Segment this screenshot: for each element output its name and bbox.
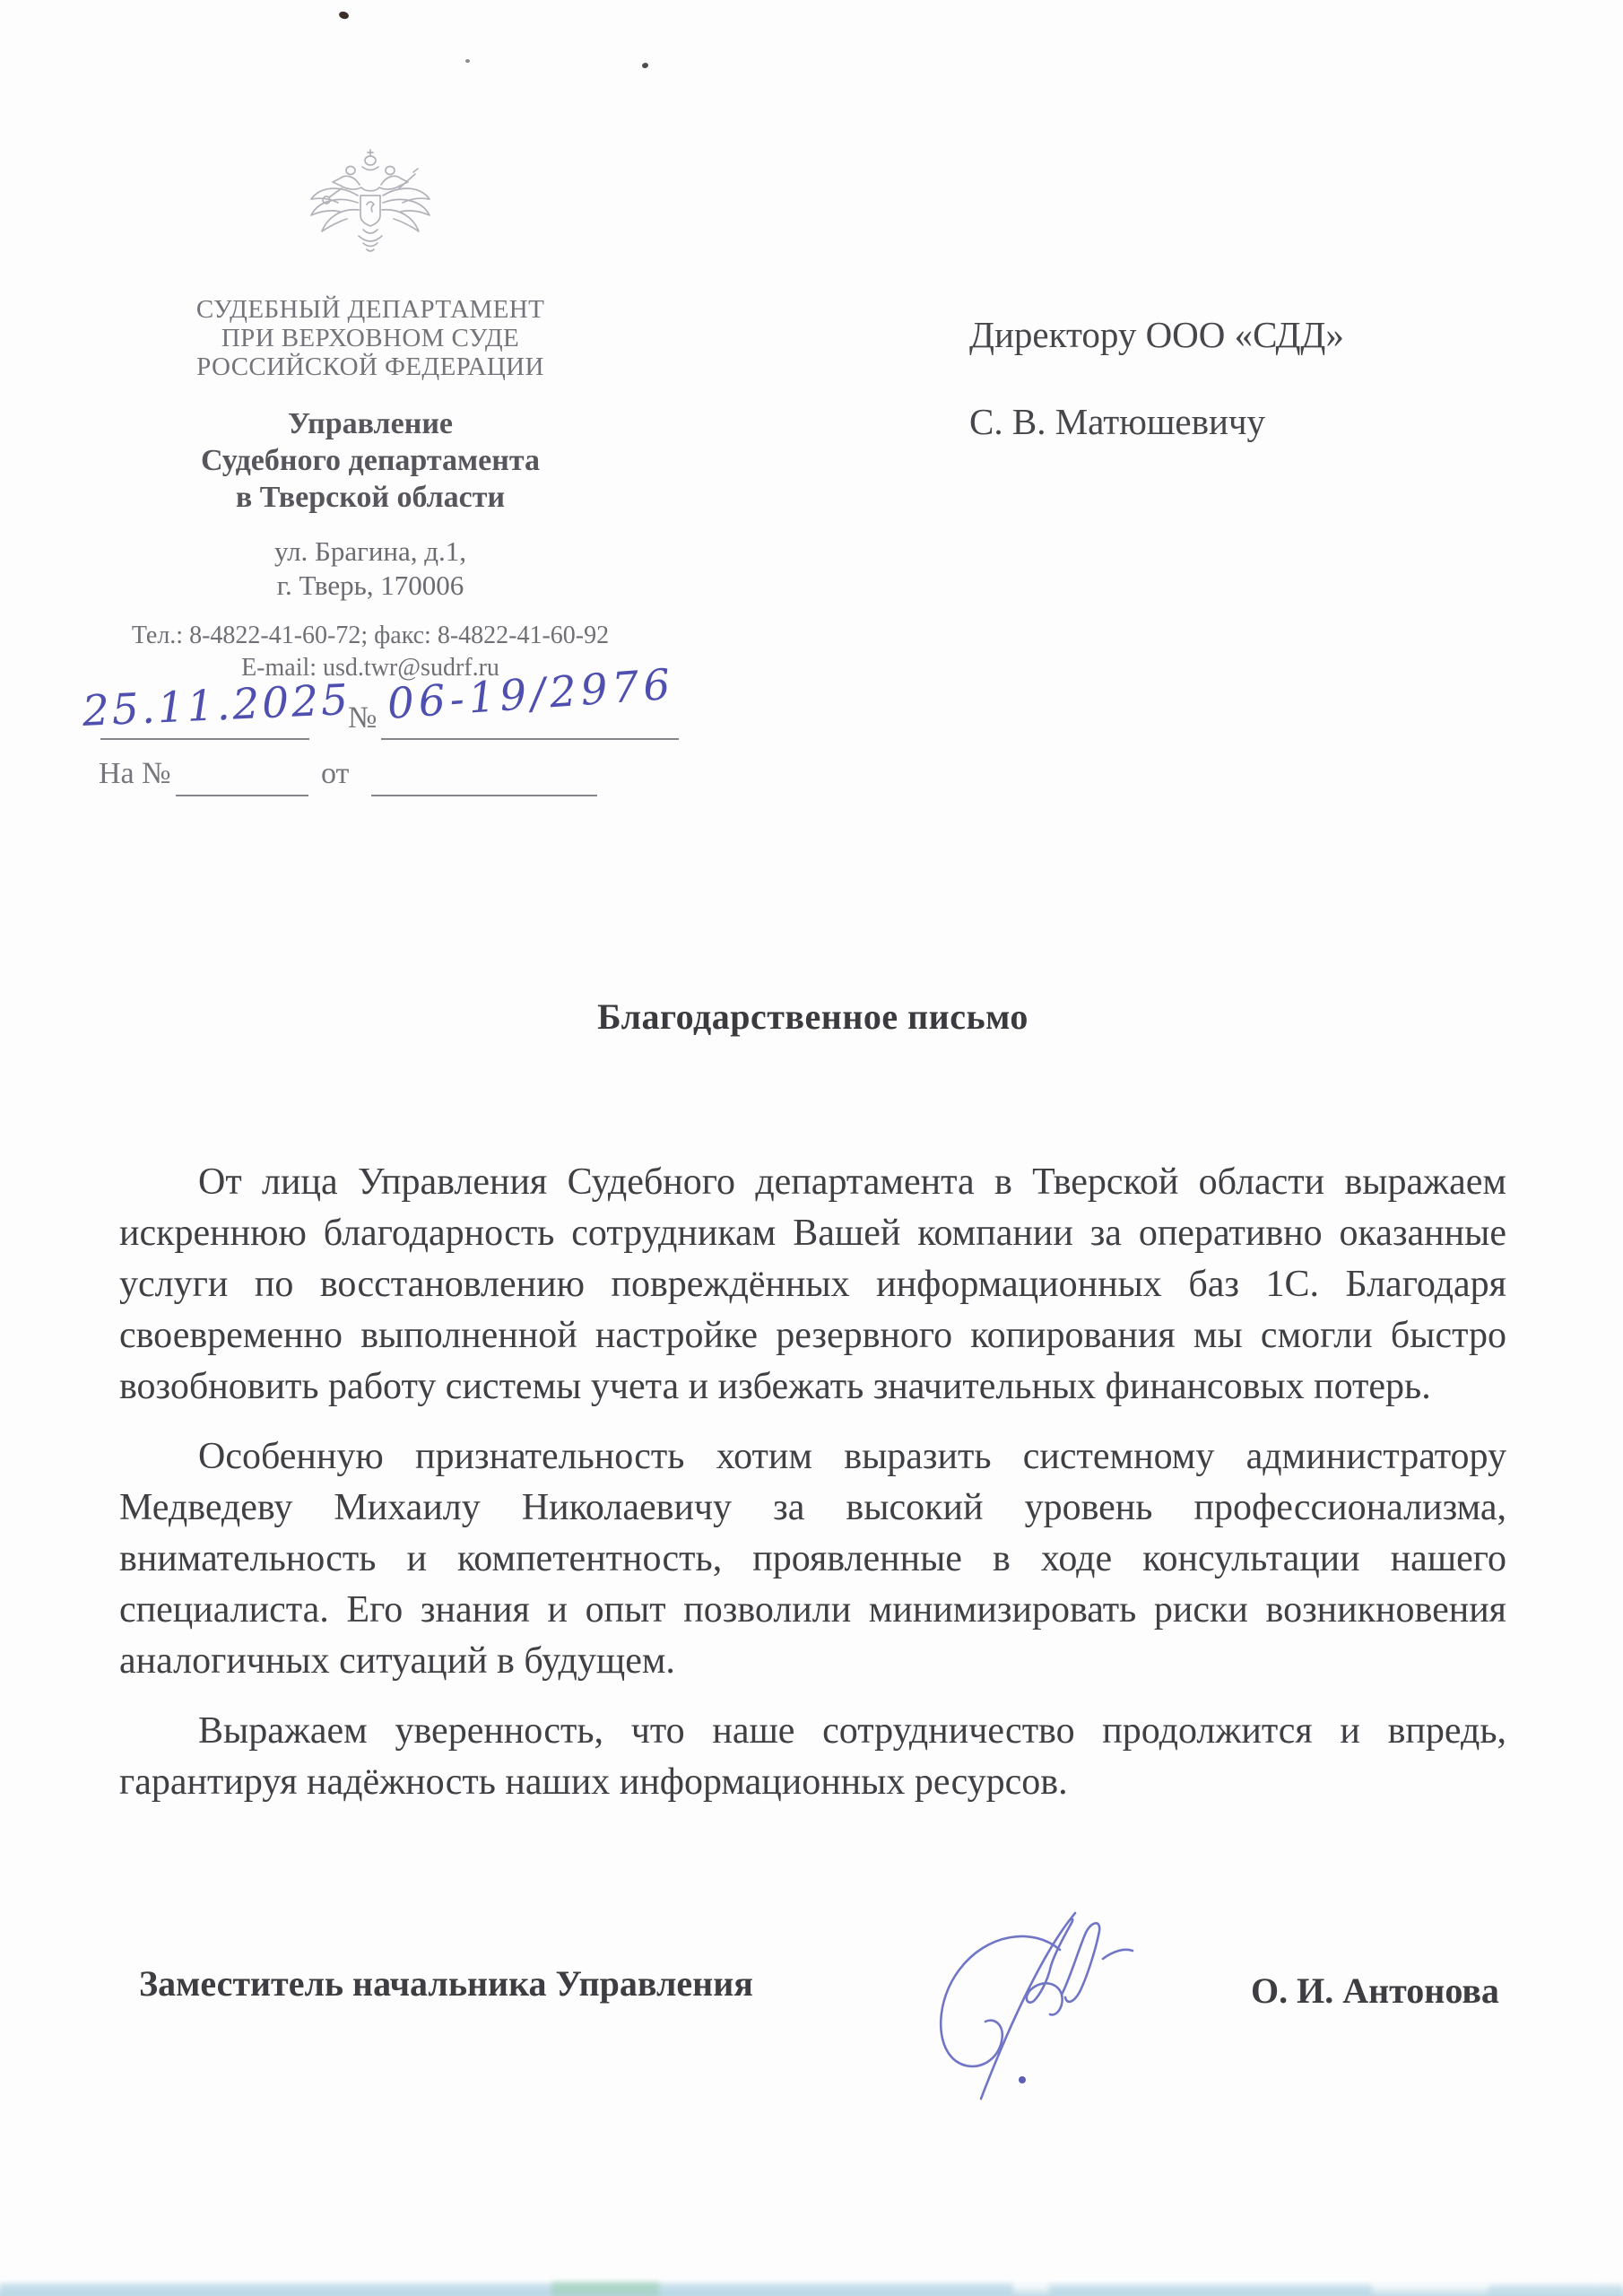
date-underline — [100, 738, 309, 740]
russia-coat-of-arms-icon — [308, 149, 433, 267]
scan-edge-artifact — [1488, 2285, 1623, 2296]
scan-edge-artifact — [0, 2283, 1013, 2296]
scan-speck — [338, 10, 350, 20]
paragraph: От лица Управления Судебного департамент… — [119, 1157, 1506, 1413]
letter-title: Благодарственное письмо — [119, 996, 1506, 1038]
address-block: ул. Брагина, д.1, г. Тверь, 170006 — [101, 535, 639, 603]
division-line: Управление — [101, 405, 639, 442]
org-name-block: СУДЕБНЫЙ ДЕПАРТАМЕНТ ПРИ ВЕРХОВНОМ СУДЕ … — [101, 295, 639, 381]
scan-speck — [641, 62, 648, 68]
division-line: в Тверской области — [101, 479, 639, 516]
scanned-letter-page: СУДЕБНЫЙ ДЕПАРТАМЕНТ ПРИ ВЕРХОВНОМ СУДЕ … — [0, 0, 1623, 2296]
number-underline — [381, 738, 679, 740]
paragraph: Выражаем уверенность, что наше сотруднич… — [119, 1706, 1506, 1808]
division-line: Судебного департамента — [101, 442, 639, 479]
org-line: РОССИЙСКОЙ ФЕДЕРАЦИИ — [101, 352, 639, 381]
org-line: ПРИ ВЕРХОВНОМ СУДЕ — [101, 324, 639, 352]
division-name-block: Управление Судебного департамента в Твер… — [101, 405, 639, 516]
handwritten-signature — [925, 1894, 1167, 2105]
org-line: СУДЕБНЫЙ ДЕПАРТАМЕНТ — [101, 295, 639, 324]
recipient-block: Директору ООО «СДД» С. В. Матюшевичу — [969, 313, 1344, 444]
paragraph: Особенную признательность хотим выразить… — [119, 1431, 1506, 1687]
handwritten-date: 25.11.2025 — [82, 675, 352, 736]
recipient-line: С. В. Матюшевичу — [969, 400, 1344, 444]
scan-edge-artifact — [551, 2282, 659, 2296]
on-number-label: На № — [99, 757, 171, 791]
scan-edge-artifact — [1049, 2284, 1372, 2296]
address-line: ул. Брагина, д.1, — [101, 535, 639, 569]
scan-speck — [465, 59, 470, 63]
signer-position: Заместитель начальника Управления — [139, 1962, 753, 2005]
phone-line: Тел.: 8-4822-41-60-72; факс: 8-4822-41-6… — [101, 620, 639, 652]
recipient-line: Директору ООО «СДД» — [969, 313, 1344, 357]
from-label: от — [321, 757, 349, 791]
number-sign: № — [348, 701, 377, 735]
signer-name: О. И. Антонова — [1251, 1970, 1499, 2012]
letter-body: От лица Управления Судебного департамент… — [119, 1157, 1506, 1808]
address-line: г. Тверь, 170006 — [101, 569, 639, 603]
from-underline — [371, 795, 597, 796]
on-number-underline — [176, 795, 308, 796]
